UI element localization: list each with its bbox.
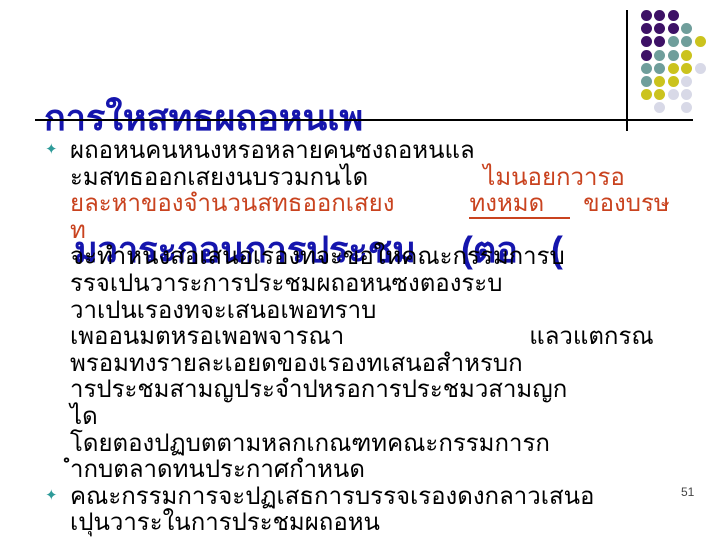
- text-segment: รรจเปนวาระการประชมผถอหนซงตองระบ: [70, 270, 502, 297]
- text-segment: พรอมทงรายละเอยดของเรองทเสนอสำหรบก: [70, 350, 523, 377]
- decor-dot: [681, 36, 692, 47]
- body-line: ำกบตลาดทนประกาศกำหนด: [70, 457, 690, 484]
- decor-dot: [668, 89, 679, 100]
- text-segment: ะมสทธออกเสยงนบรวมกนได: [70, 164, 368, 191]
- decor-dot: [668, 10, 679, 21]
- title-separator-line: [35, 119, 693, 121]
- decor-dot: [654, 10, 665, 21]
- title-line-1: การใหสทธผถอหนเพ: [44, 96, 563, 140]
- decor-dot: [654, 36, 665, 47]
- decor-dot: [681, 89, 692, 100]
- decor-dot: [695, 36, 706, 47]
- decor-dot: [668, 50, 679, 61]
- decor-dot: [668, 23, 679, 34]
- body-line: เพออนมตหรอเพอพจารณาแลวแตกรณ: [70, 324, 690, 351]
- body-line: โดยตองปฏบตตามหลกเกณฑทคณะกรรมการก: [70, 431, 690, 458]
- slide: การใหสทธผถอหนเพ มวาระกอนการประชม(ตอ( ✦ผถ…: [0, 0, 720, 540]
- text-segment: วาเปนเรองทจะเสนอเพอทราบ: [70, 297, 376, 324]
- decor-dot: [654, 63, 665, 74]
- decor-dot: [668, 63, 679, 74]
- decor-dot: [641, 23, 652, 34]
- text-segment: แลวแตกรณ: [529, 323, 653, 350]
- decor-dot: [681, 63, 692, 74]
- body-line: ารประชมสามญประจำปหรอการประชมวสามญก: [70, 377, 690, 404]
- decor-dot: [641, 10, 652, 21]
- body-line: ท: [70, 218, 690, 245]
- body-line: ยละหาของจำนวนสทธออกเสยงทงหมดของบรษ: [70, 191, 690, 218]
- decor-dot: [641, 76, 652, 87]
- decor-dot: [681, 76, 692, 87]
- text-segment-accent: ไมนอยกวารอ: [483, 164, 625, 191]
- text-segment-accent: ของบรษ: [583, 190, 669, 217]
- bullet-star-icon: ✦: [45, 488, 58, 503]
- text-segment: จะทำหนงสอเสนอเรองทจะขอใหคณะกรรมการบ: [70, 243, 565, 270]
- decor-dot: [641, 63, 652, 74]
- page-number: 51: [681, 485, 694, 499]
- decor-dot: [654, 102, 665, 113]
- decor-dot: [681, 23, 692, 34]
- text-segment: เปุนวาระในการประชมผถอหน: [70, 509, 380, 536]
- decor-dot: [654, 76, 665, 87]
- decor-dot: [654, 89, 665, 100]
- decor-dot: [641, 36, 652, 47]
- text-segment: โดยตองปฏบตตามหลกเกณฑทคณะกรรมการก: [70, 430, 550, 457]
- body-line: พรอมทงรายละเอยดของเรองทเสนอสำหรบก: [70, 351, 690, 378]
- body-line: ✦คณะกรรมการจะปฏเสธการบรรจเรองดงกลาวเสนอ: [70, 484, 690, 511]
- body-line: จะทำหนงสอเสนอเรองทจะขอใหคณะกรรมการบ: [70, 244, 690, 271]
- decor-dot: [668, 76, 679, 87]
- text-segment-accent: ท: [70, 217, 86, 244]
- body-line: วาเปนเรองทจะเสนอเพอทราบ: [70, 298, 690, 325]
- decor-dot: [695, 63, 706, 74]
- decor-dot: [668, 36, 679, 47]
- decor-dot: [654, 23, 665, 34]
- text-segment: เพออนมตหรอเพอพจารณา: [70, 323, 344, 350]
- text-segment: ำกบตลาดทนประกาศกำหนด: [70, 456, 365, 483]
- text-segment-underlined: ทงหมด: [469, 190, 570, 219]
- text-segment: คณะกรรมการจะปฏเสธการบรรจเรองดงกลาวเสนอ: [70, 483, 594, 510]
- decor-dot: [681, 102, 692, 113]
- body-line: รรจเปนวาระการประชมผถอหนซงตองระบ: [70, 271, 690, 298]
- body-line: ได: [70, 404, 690, 431]
- body-line: ✦ผถอหนคนหนงหรอหลายคนซงถอหนแล: [70, 138, 690, 165]
- bullet-star-icon: ✦: [45, 142, 58, 157]
- slide-body: ✦ผถอหนคนหนงหรอหลายคนซงถอหนแล ะมสทธออกเสย…: [70, 138, 690, 537]
- decor-dot: [641, 89, 652, 100]
- decor-vertical-line: [626, 10, 628, 131]
- decor-dot: [654, 50, 665, 61]
- decor-dot: [641, 50, 652, 61]
- text-segment: ารประชมสามญประจำปหรอการประชมวสามญก: [70, 376, 567, 403]
- text-segment: ผถอหนคนหนงหรอหลายคนซงถอหนแล: [70, 137, 475, 164]
- decor-dot: [681, 50, 692, 61]
- body-line: ะมสทธออกเสยงนบรวมกนไดไมนอยกวารอ: [70, 165, 690, 192]
- text-segment: ได: [70, 403, 98, 430]
- body-line: เปุนวาระในการประชมผถอหน: [70, 510, 690, 537]
- text-segment-accent: ยละหาของจำนวนสทธออกเสยง: [70, 190, 394, 217]
